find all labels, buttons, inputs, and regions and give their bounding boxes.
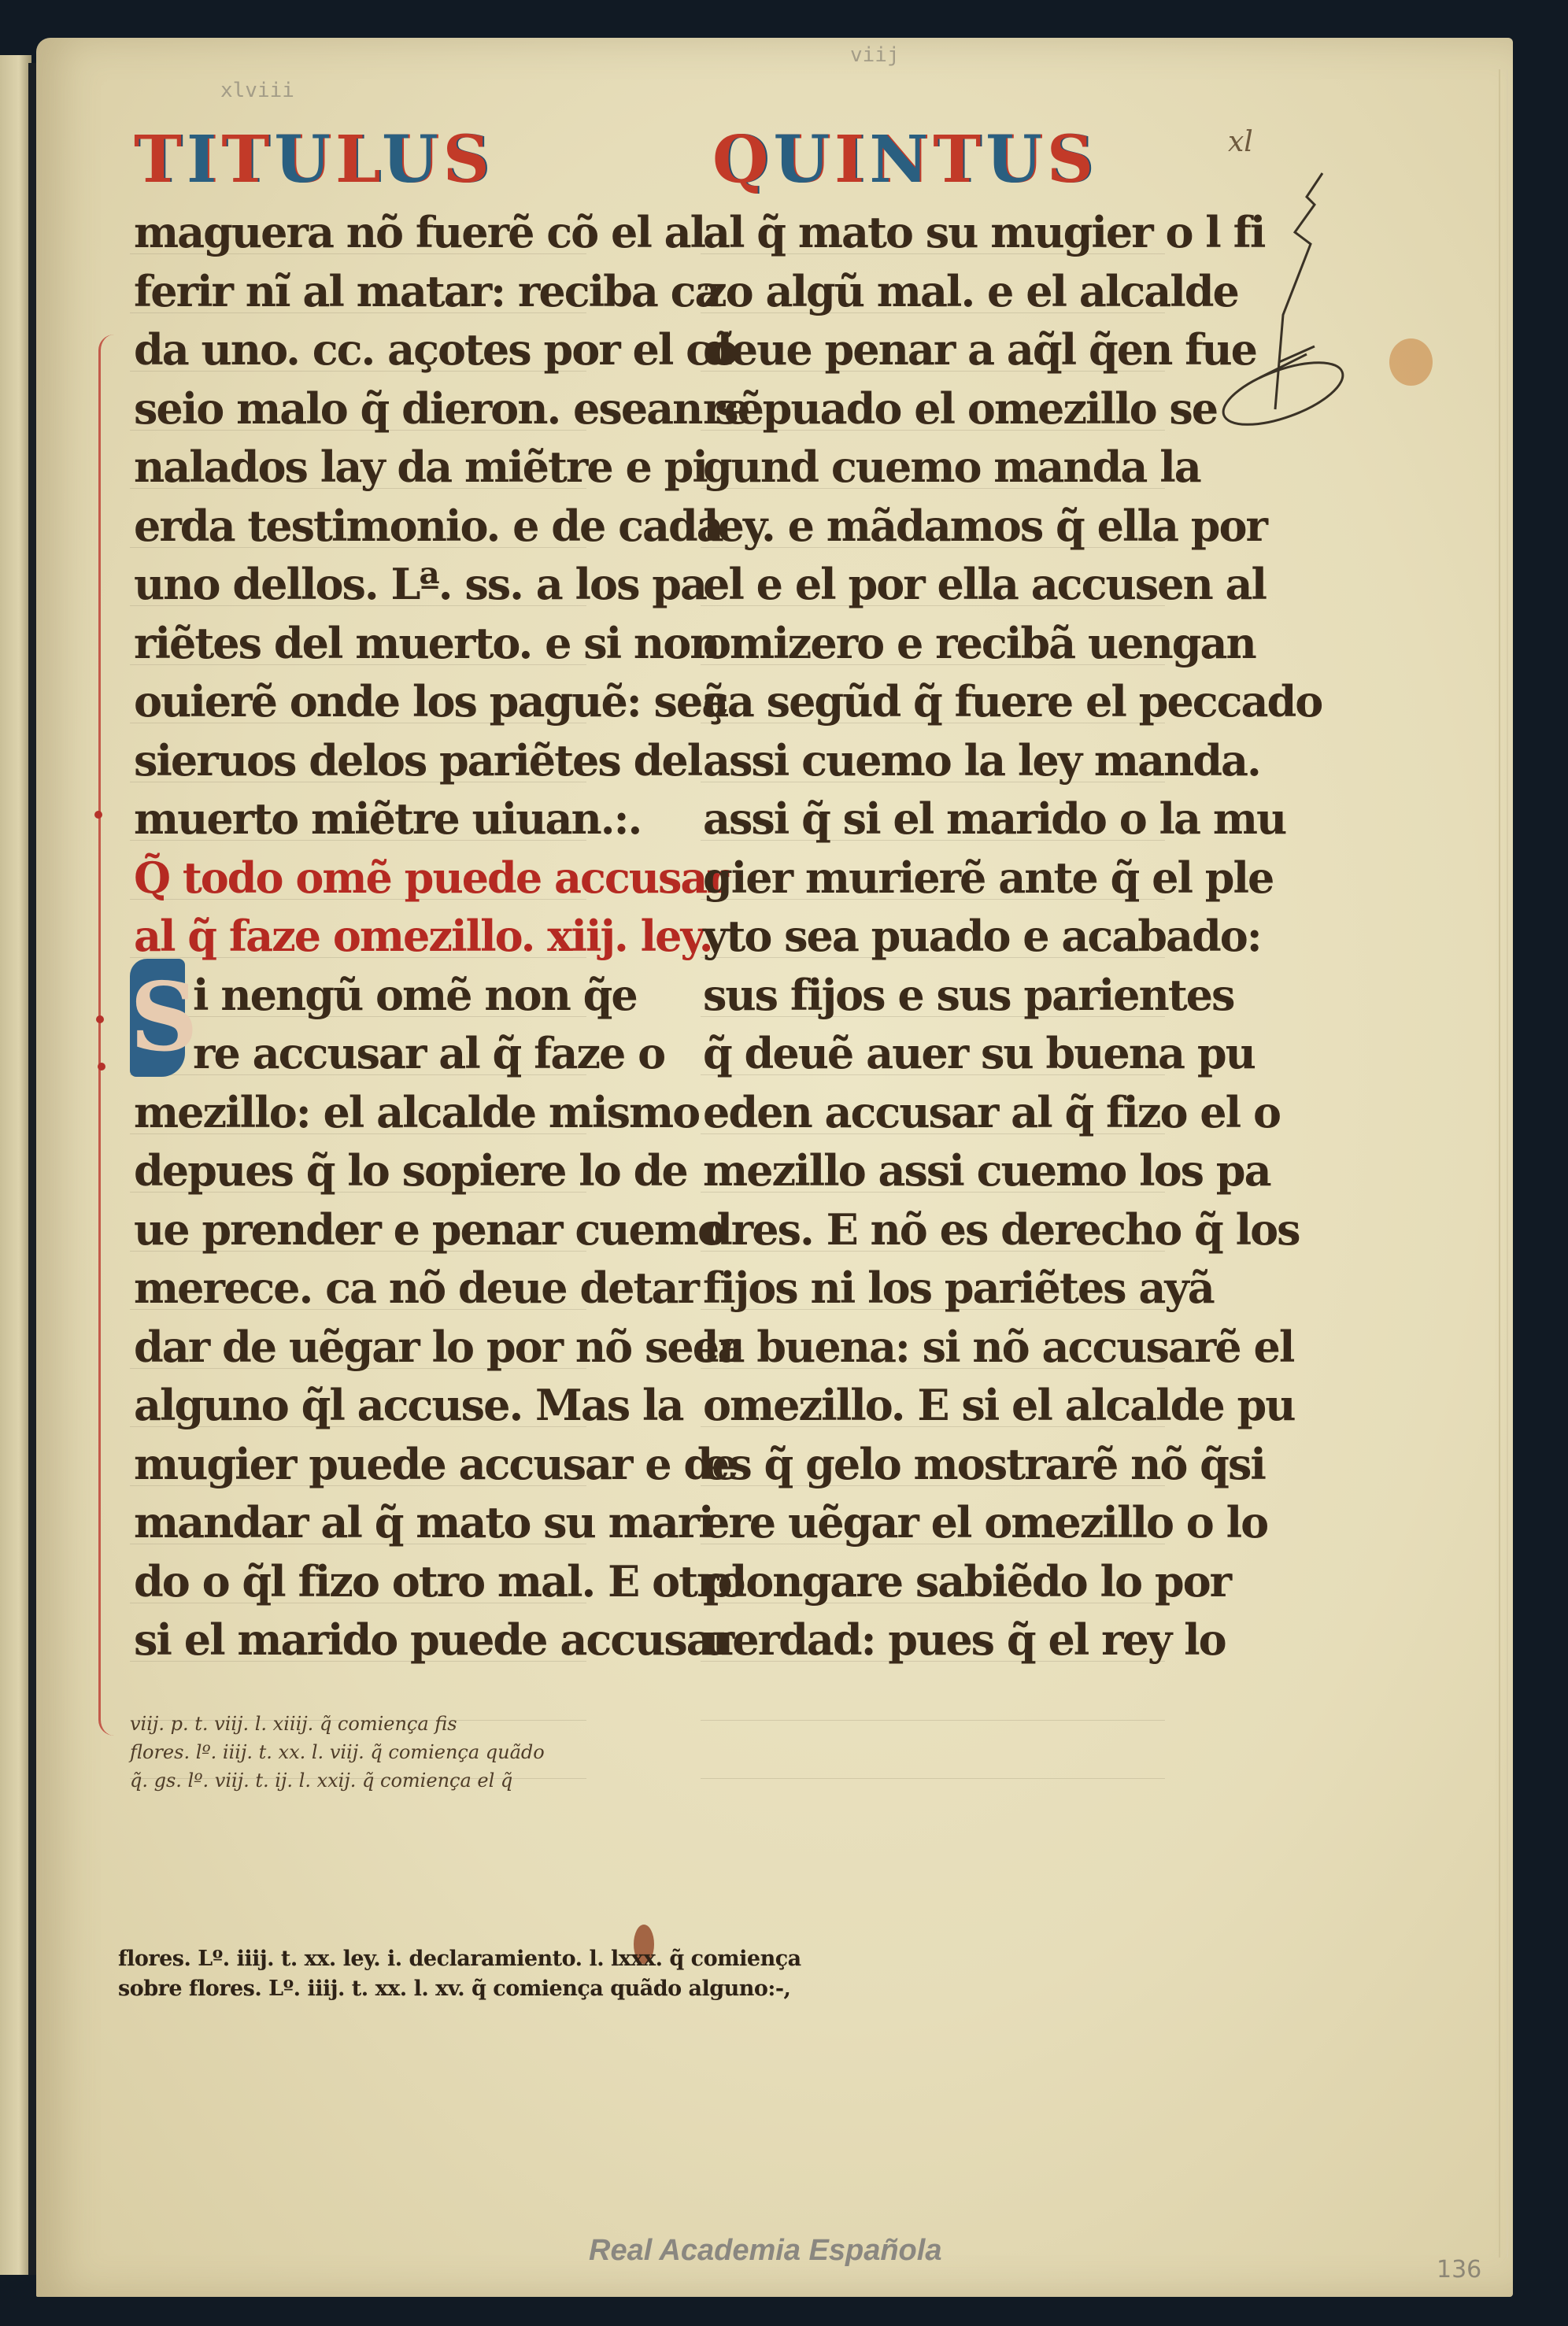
heading-titulus: TITULUS xyxy=(134,124,494,195)
text-line: omezillo. E si el alcalde pu xyxy=(703,1376,1322,1435)
text-line: mandar al q̃ mato su mari xyxy=(134,1493,763,1552)
text-line: ley. e mãdamos q̃ ella por xyxy=(703,497,1322,556)
text-line: sus fijos e sus parientes xyxy=(703,966,1322,1025)
text-line: la buena: si nõ accusarẽ el xyxy=(703,1318,1322,1377)
text-line: assi q̃ si el marido o la mu xyxy=(703,790,1322,849)
text-line: riẽtes del muerto. e si non xyxy=(134,614,763,673)
right-margin-note: xl xyxy=(1228,126,1253,158)
text-line: sieruos delos pariẽtes del xyxy=(134,731,763,790)
text-line: el e el por ella accusen al xyxy=(703,555,1322,614)
flourish-dot xyxy=(98,1063,105,1071)
text-line: erda testimonio. e de cada xyxy=(134,497,763,556)
flourish-dot xyxy=(96,1015,104,1023)
text-line: uno dellos. Lª. ss. a los pa xyxy=(134,555,763,614)
text-line: dar de uẽgar lo por nõ seer xyxy=(134,1318,763,1377)
text-line: es q̃ gelo mostrarẽ nõ q̃si xyxy=(703,1435,1322,1494)
text-line: ouierẽ onde los paguẽ: seã xyxy=(134,672,763,731)
text-line: i nengũ omẽ non q̃e xyxy=(134,966,763,1025)
top-margin-note: viij xyxy=(850,43,900,67)
text-line: do o q̃l fizo otro mal. E otro xyxy=(134,1552,763,1611)
watermark: Real Academia Española xyxy=(589,2234,941,2268)
text-line: ferir nĩ al matar: reciba ca xyxy=(134,262,763,321)
footnote-line: sobre flores. Lº. iiij. t. xx. l. xv. q̃… xyxy=(118,1974,801,2004)
text-line: muerto miẽtre uiuan.:. xyxy=(134,790,763,849)
page-edge xyxy=(1499,69,1508,2258)
text-line: plongare sabiẽdo lo por xyxy=(703,1552,1322,1611)
text-line: da uno. cc. açotes por el cõ xyxy=(134,320,763,379)
text-line: mugier puede accusar e de xyxy=(134,1435,763,1494)
footnote-line: flores. Lº. iiij. t. xx. ley. i. declara… xyxy=(118,1944,801,1974)
text-line: alguno q̃l accuse. Mas la xyxy=(134,1376,763,1435)
decorated-initial: S xyxy=(130,959,185,1077)
folio-number: 136 xyxy=(1437,2256,1481,2283)
top-margin-note: xlviii xyxy=(220,79,294,102)
marginal-notes: viij. p. t. viij. l. xiiij. q̃ comiença … xyxy=(130,1710,545,1795)
text-line: gier murierẽ ante q̃ el ple xyxy=(703,849,1322,908)
text-line: maguera nõ fuerẽ cõ el al xyxy=(134,203,763,262)
text-line: si el marido puede accusar xyxy=(134,1610,763,1670)
footnote: flores. Lº. iiij. t. xx. ley. i. declara… xyxy=(118,1944,801,2004)
rubric-line: Q̃ todo omẽ puede accusar xyxy=(134,849,763,908)
note-line: q̃. gs. lº. viij. t. ij. l. xxij. q̃ com… xyxy=(130,1766,545,1795)
text-line: seio malo q̃ dieron. esean sẽ xyxy=(134,379,763,438)
text-line: ça segũd q̃ fuere el peccado xyxy=(703,672,1322,731)
pen-flourish-border xyxy=(98,335,123,1736)
text-line: ue prender e penar cuemo xyxy=(134,1200,763,1259)
previous-page-edge xyxy=(0,55,31,2275)
text-line: assi cuemo la ley manda. xyxy=(703,731,1322,790)
note-line: viij. p. t. viij. l. xiiij. q̃ comiença … xyxy=(130,1710,545,1738)
text-line: merece. ca nõ deue detar xyxy=(134,1259,763,1318)
stain xyxy=(1389,338,1433,386)
note-line: flores. lº. iiij. t. xx. l. viij. q̃ com… xyxy=(130,1738,545,1766)
text-line: omizero e recibã uengan xyxy=(703,614,1322,673)
signature-flourish-icon xyxy=(1204,157,1362,457)
text-line: nalados lay da miẽtre e pi xyxy=(134,438,763,497)
flourish-dot xyxy=(94,811,102,819)
text-line: uerdad: pues q̃ el rey lo xyxy=(703,1610,1322,1670)
text-line: mezillo: el alcalde mismo xyxy=(134,1083,763,1142)
text-line: mezillo assi cuemo los pa xyxy=(703,1141,1322,1200)
text-line: yto sea puado e acabado: xyxy=(703,907,1322,966)
heading-quintus: QUINTUS xyxy=(712,124,1098,195)
text-line: ere uẽgar el omezillo o lo xyxy=(703,1493,1322,1552)
left-column: maguera nõ fuerẽ cõ el al ferir nĩ al ma… xyxy=(134,203,763,1670)
text-line: re accusar al q̃ faze o xyxy=(134,1024,763,1083)
text-line: dres. E nõ es derecho q̃ los xyxy=(703,1200,1322,1259)
text-line: eden accusar al q̃ fizo el o xyxy=(703,1083,1322,1142)
text-line: depues q̃ lo sopiere lo de xyxy=(134,1141,763,1200)
rubric-line: al q̃ faze omezillo. xiij. ley. xyxy=(134,907,763,966)
text-line: q̃ deuẽ auer su buena pu xyxy=(703,1024,1322,1083)
text-line: fijos ni los pariẽtes ayã xyxy=(703,1259,1322,1318)
